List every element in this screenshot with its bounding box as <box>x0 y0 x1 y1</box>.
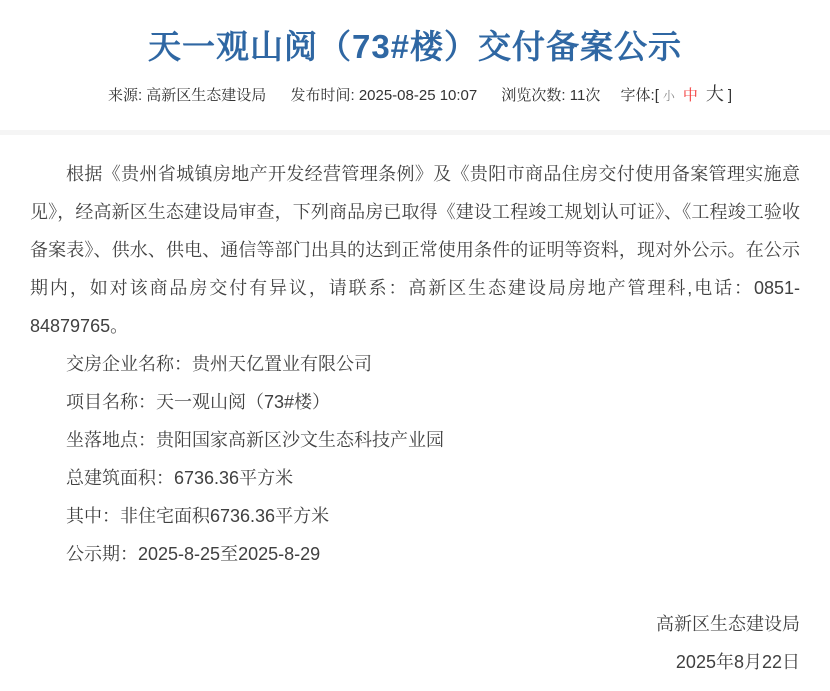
detail-line-company: 交房企业名称：贵州天亿置业有限公司 <box>30 345 800 383</box>
sign-off-block: 高新区生态建设局 2025年8月22日 <box>0 605 830 681</box>
sign-off-date: 2025年8月22日 <box>0 643 800 681</box>
font-widget-label: 字体: <box>621 87 655 104</box>
meta-views-value: 11次 <box>570 87 601 104</box>
meta-view-count: 浏览次数: 11次 <box>501 84 600 105</box>
meta-publish-time: 发布时间: 2025-08-25 10:07 <box>290 84 477 105</box>
detail-line-total-area: 总建筑面积：6736.36平方米 <box>30 459 800 497</box>
page-title: 天一观山阅（73#楼）交付备案公示 <box>0 0 830 70</box>
meta-source-label: 来源: <box>108 87 142 104</box>
article-body: 根据《贵州省城镇房地产开发经营管理条例》及《贵阳市商品住房交付使用备案管理实施意… <box>0 135 830 573</box>
font-size-large-button[interactable]: 大 <box>706 84 724 104</box>
detail-line-project: 项目名称：天一观山阅（73#楼） <box>30 383 800 421</box>
sign-off-issuer: 高新区生态建设局 <box>0 605 800 643</box>
font-widget-bracket-close: ] <box>728 87 732 104</box>
meta-publish-label: 发布时间: <box>290 87 354 104</box>
font-widget-bracket-open: [ <box>655 87 659 104</box>
article-meta-bar: 来源: 高新区生态建设局 发布时间: 2025-08-25 10:07 浏览次数… <box>0 80 830 106</box>
announcement-paragraph: 根据《贵州省城镇房地产开发经营管理条例》及《贵阳市商品住房交付使用备案管理实施意… <box>30 155 800 345</box>
detail-line-publicity-period: 公示期：2025-8-25至2025-8-29 <box>30 535 800 573</box>
detail-line-location: 坐落地点：贵阳国家高新区沙文生态科技产业园 <box>30 421 800 459</box>
font-size-widget: 字体:[小中大] <box>621 80 733 106</box>
meta-views-label: 浏览次数: <box>501 87 565 104</box>
meta-publish-value: 2025-08-25 10:07 <box>359 87 477 104</box>
meta-source-value: 高新区生态建设局 <box>146 87 266 104</box>
font-size-small-button[interactable]: 小 <box>663 89 675 103</box>
meta-source: 来源: 高新区生态建设局 <box>108 84 266 105</box>
font-size-medium-button[interactable]: 中 <box>683 87 698 104</box>
detail-line-nonresidential-area: 其中：非住宅面积6736.36平方米 <box>30 497 800 535</box>
